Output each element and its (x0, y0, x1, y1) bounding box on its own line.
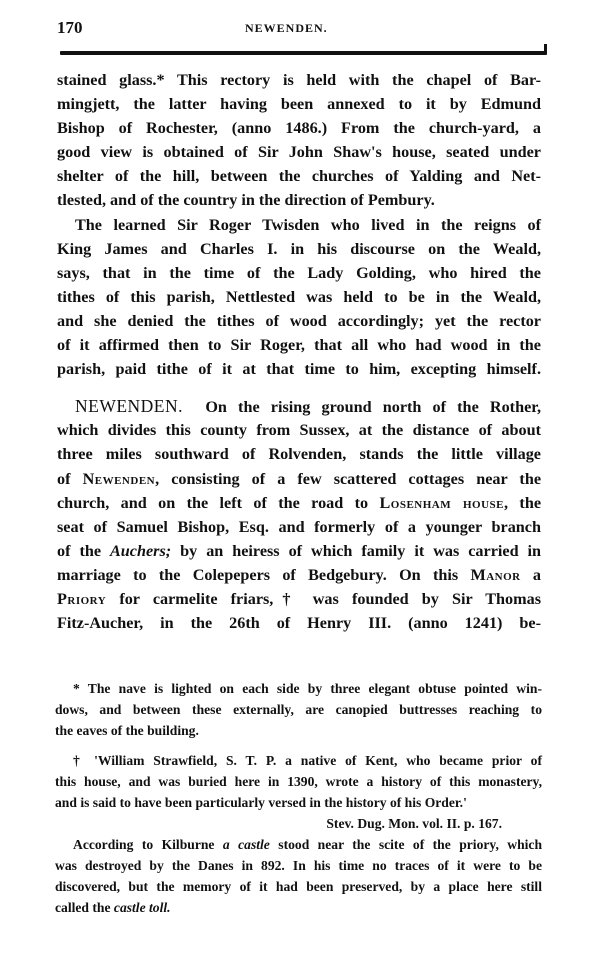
text-line: Bishop of Rochester, (anno 1486.) From t… (57, 116, 541, 140)
text-line: of Newenden, consisting of a few scatter… (57, 467, 541, 491)
footnote-line: and is said to have been particularly ve… (55, 792, 542, 813)
text-line: marriage to the Colepepers of Bedgebury.… (57, 563, 541, 587)
text-line: says, that in the time of the Lady Goldi… (57, 261, 541, 285)
place-name-newenden: Newenden (83, 470, 156, 488)
text-fragment: stood near the scite of the priory, whic… (278, 837, 542, 852)
running-head: NEWENDEN. (245, 21, 328, 36)
footnote-line: called the castle toll. (55, 897, 542, 918)
footnote-line: dows, and between these externally, are … (55, 699, 542, 720)
text-fragment: On the rising ground north of the Rother… (205, 398, 541, 416)
place-name-losenham-house: Losenham house (380, 494, 505, 512)
text-fragment: of (57, 470, 70, 488)
text-fragment: church, and on the left of the road to (57, 494, 368, 512)
text-line: NEWENDEN. On the rising ground north of … (57, 394, 541, 418)
text-fragment: marriage to the Colepepers of Bedgebury.… (57, 566, 458, 584)
text-line: Priory for carmelite friars,† was founde… (57, 587, 541, 611)
text-line: tlested, and of the country in the direc… (57, 188, 541, 212)
term-manor: Manor (470, 566, 520, 584)
text-fragment: for carmelite friars,† was founded by Si… (119, 590, 541, 608)
text-line: The learned Sir Roger Twisden who lived … (57, 213, 541, 237)
text-line: mingjett, the latter having been annexed… (57, 92, 541, 116)
paragraph-gap (57, 381, 541, 394)
footnote-line: this house, and was buried here in 1390,… (55, 771, 542, 792)
italic-term-a-castle: a castle (223, 837, 270, 852)
text-line: stained glass.* This rectory is held wit… (57, 68, 541, 92)
italic-term-castle-toll: castle toll. (114, 900, 171, 915)
header-rule-end (544, 44, 547, 54)
main-text: stained glass.* This rectory is held wit… (57, 68, 541, 635)
text-line: tithes of this parish, Nettlested was he… (57, 285, 541, 309)
text-fragment: , consisting of a few scattered cottages… (155, 470, 541, 488)
header-rule (60, 51, 547, 55)
footnote-line: † 'William Strawfield, S. T. P. a native… (55, 750, 542, 771)
text-fragment: , the (504, 494, 541, 512)
term-priory: Priory (57, 590, 106, 608)
text-fragment: called the (55, 900, 111, 915)
text-line: good view is obtained of Sir John Shaw's… (57, 140, 541, 164)
footnote-line: discovered, but the memory of it had bee… (55, 876, 542, 897)
text-fragment: by an heiress of which family it was car… (180, 542, 541, 560)
text-line: of it affirmed then to Sir Roger, that a… (57, 333, 541, 357)
footnote-citation: Stev. Dug. Mon. vol. II. p. 167. (55, 813, 542, 834)
text-line: King James and Charles I. in his discour… (57, 237, 541, 261)
text-fragment: a (533, 566, 541, 584)
text-line: seat of Samuel Bishop, Esq. and formerly… (57, 515, 541, 539)
text-fragment: of the (57, 542, 101, 560)
footnote-dagger: † 'William Strawfield, S. T. P. a native… (55, 750, 542, 918)
page-number: 170 (57, 18, 83, 38)
family-name-auchers: Auchers; (110, 542, 171, 560)
text-fragment: According to Kilburne (73, 837, 214, 852)
text-line: which divides this county from Sussex, a… (57, 418, 541, 442)
footnote-line: the eaves of the building. (55, 720, 542, 741)
text-line: of the Auchers; by an heiress of which f… (57, 539, 541, 563)
book-page: 170 NEWENDEN. stained glass.* This recto… (0, 0, 600, 972)
page-header: 170 NEWENDEN. (57, 18, 547, 40)
text-line: church, and on the left of the road to L… (57, 491, 541, 515)
footnote-line: was destroyed by the Danes in 892. In hi… (55, 855, 542, 876)
footnote-line: According to Kilburne a castle stood nea… (55, 834, 542, 855)
text-line: Fitz-Aucher, in the 26th of Henry III. (… (57, 611, 541, 635)
footnote-line: * The nave is lighted on each side by th… (55, 678, 542, 699)
text-line: shelter of the hill, between the churche… (57, 164, 541, 188)
text-line: and she denied the tithes of wood accord… (57, 309, 541, 333)
footnote-asterisk: * The nave is lighted on each side by th… (55, 678, 542, 741)
text-line: three miles southward of Rolvenden, stan… (57, 442, 541, 466)
text-line: parish, paid tithe of it at that time to… (57, 357, 541, 381)
section-heading: NEWENDEN. (75, 396, 183, 416)
